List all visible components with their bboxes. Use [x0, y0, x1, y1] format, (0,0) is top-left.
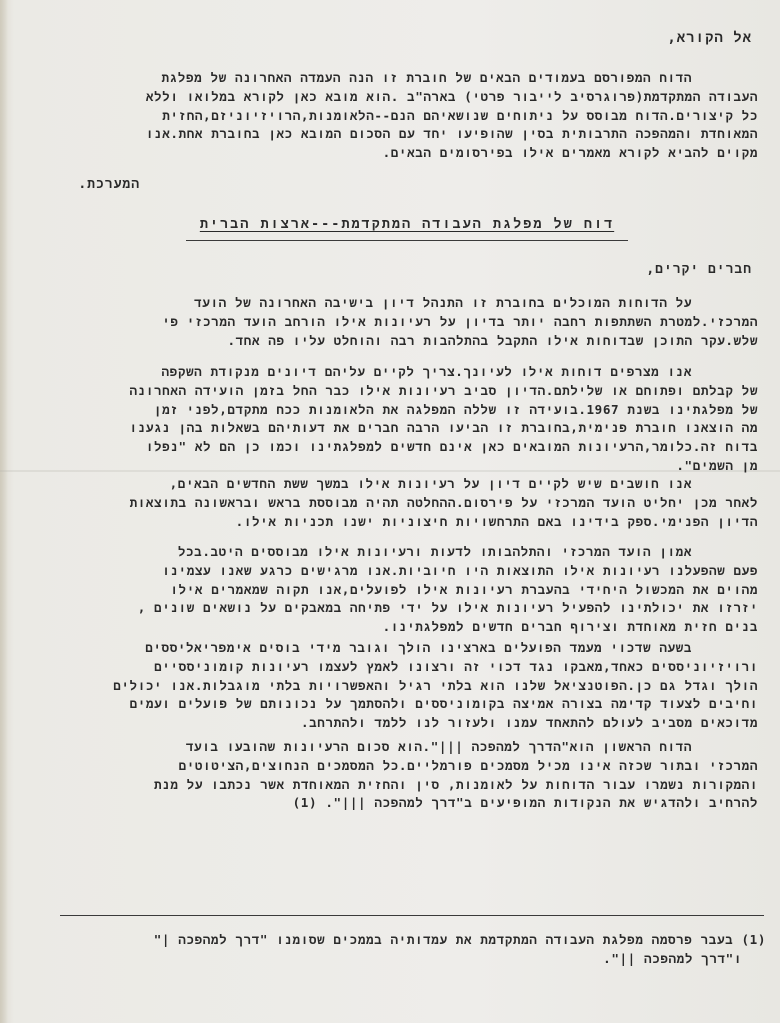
text-line: אנו חושבים שיש לקיים דיון על רעיונות איל… [68, 475, 758, 494]
text-line: ורויזיוניססים כאחד,מאבקו נגד דכוי זה ורצ… [68, 658, 758, 677]
text-line: מה הוצאנו חוברת פנימית,בחוברת זו הביעו ה… [68, 419, 758, 438]
signature: המערכת. [60, 177, 140, 192]
paragraph-4: אמון הועד המרכזי והתלהבותו לדעות ורעיונו… [68, 543, 758, 637]
text-line: של מפלגתינו בשנת 1967.בועידה זו שללה המפ… [68, 401, 758, 420]
text-line: הדוח הראשון הוא"הדרך למהפכה |||".הוא סכו… [68, 738, 758, 757]
text-line: וחיבים לצעוד קדימה בצורה אמיצה בקומוניסס… [68, 695, 758, 714]
text-line: של קבלתם ופתוחם או שלילתם.הדיון סביב רעי… [68, 382, 758, 401]
text-line: להרחיב ולהדגיש את הנקודות המופיעים ב"דרך… [68, 794, 758, 813]
footnote-line: (1) בעבר פרסמה מפלגת העבודה המתקדמת את ע… [60, 930, 766, 949]
intro-paragraph: הדוח המפורסם בעמודים הבאים של חוברת זו ה… [68, 69, 758, 163]
text-line: המרכזי ובתור שכזה אינו מכיל מסמכים פורמל… [68, 757, 758, 776]
text-line: והמקורות נשמרו עבור הדוחות על לאומנות, ס… [68, 776, 758, 795]
title-divider [186, 240, 628, 241]
footnote-divider [60, 915, 764, 916]
text-line: בדוח זה.כלומר,הרעיונות המובאים כאן אינם … [68, 438, 758, 457]
text-line: בנים חזית מאוחדת וצירוף חברים חדשים למפל… [68, 618, 758, 637]
footnote-line: ו"דרך למהפכה ||". [60, 949, 766, 968]
text-line: מן השמים". [68, 457, 758, 476]
document-page: אל הקורא, הדוח המפורסם בעמודים הבאים של … [0, 0, 780, 1023]
text-line: הדוח המפורסם בעמודים הבאים של חוברת זו ה… [68, 69, 758, 88]
text-line: על הדוחות המוכלים בחוברת זו התנהל דיון ב… [68, 294, 758, 313]
paragraph-1: על הדוחות המוכלים בחוברת זו התנהל דיון ב… [68, 294, 758, 350]
text-line: העבודה המתקדמת(פרוגרסיב לייבור פרטי) באר… [68, 88, 758, 107]
text-line: לאחר מכן יחליט הועד המרכזי על פירסום.ההח… [68, 494, 758, 513]
text-line: הדיון הפנימי.ספק בידינו באם התרחשויות חי… [68, 513, 758, 532]
report-title: דוח של מפלגת העבודה המתקדמת---ארצות הברי… [186, 216, 628, 233]
text-line: מקוים להביא לקורא מאמרים אילו בפירסומים … [68, 144, 758, 163]
paragraph-6: הדוח הראשון הוא"הדרך למהפכה |||".הוא סכו… [68, 738, 758, 813]
paragraph-3: אנו חושבים שיש לקיים דיון על רעיונות איל… [68, 475, 758, 531]
text-line: שלש.עקר התוכן שבדוחות אילו התקבל בהתלהבו… [68, 332, 758, 351]
text-line: פעם שהפעלנו רעיונות אילו התוצאות היו חיו… [68, 562, 758, 581]
text-line: מדוכאים מסביב לעולם להתאחד עמנו ולעזור ל… [68, 714, 758, 733]
paragraph-5: בשעה שדכוי מעמד הפועלים בארצינו הולך וגו… [68, 639, 758, 733]
greeting: חברים יקרים, [646, 262, 752, 277]
text-line: המאוחדת והמהפכה התרבותית בסין שהופיעו יח… [68, 125, 758, 144]
footnote: (1) בעבר פרסמה מפלגת העבודה המתקדמת את ע… [60, 930, 766, 968]
paragraph-2: אנו מצרפים דוחות אילו לעיונך.צריך לקיים … [68, 363, 758, 476]
text-line: בשעה שדכוי מעמד הפועלים בארצינו הולך וגו… [68, 639, 758, 658]
text-line: הולך וגדל גם כן.הפוטנציאל שלנו הוא בלתי … [68, 677, 758, 696]
salutation: אל הקורא, [667, 30, 752, 47]
text-line: המרכזי.למטרת השתתפות רחבה יותר בדיון על … [68, 313, 758, 332]
text-line: מהוים את המכשול היחידי בהעברת רעיונות אי… [68, 581, 758, 600]
text-line: יזרזו את יכולתינו להפעיל רעיונות אילו על… [68, 599, 758, 618]
text-line: אנו מצרפים דוחות אילו לעיונך.צריך לקיים … [68, 363, 758, 382]
text-line: כל קיצורים.הדוח מבוסס על ניתוחים שנושאיה… [68, 107, 758, 126]
text-line: אמון הועד המרכזי והתלהבותו לדעות ורעיונו… [68, 543, 758, 562]
report-title-block: דוח של מפלגת העבודה המתקדמת---ארצות הברי… [186, 216, 628, 241]
